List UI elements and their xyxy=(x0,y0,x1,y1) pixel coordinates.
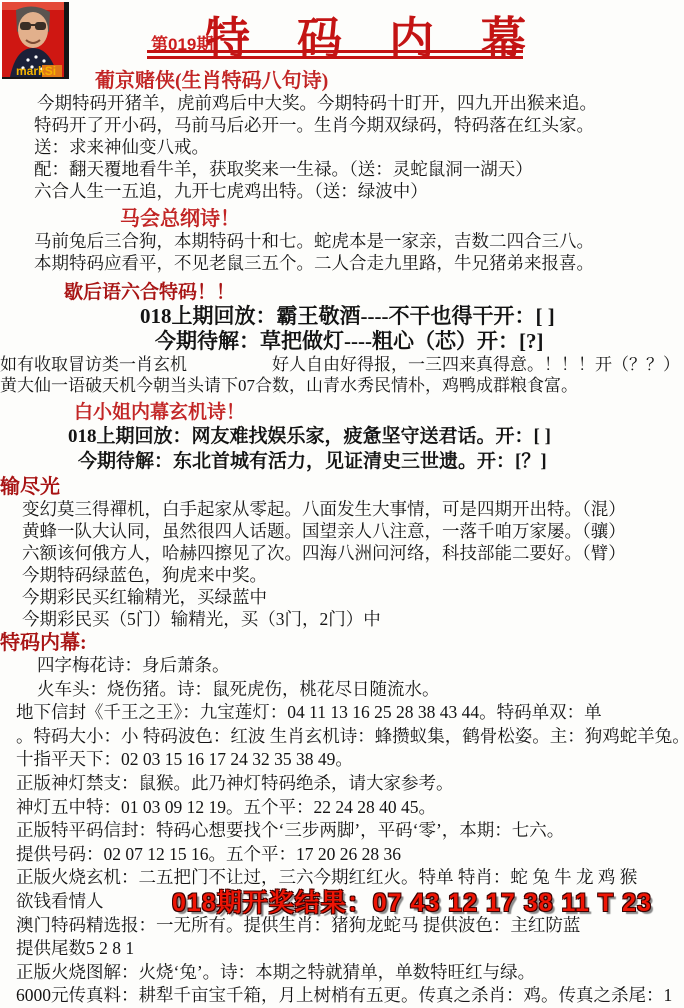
tip-line: 地下信封《千王之王》：九宝莲灯：04 11 13 16 25 28 38 43 … xyxy=(0,701,684,725)
poem-line: 今期彩民买红输精光，买绿蓝中 xyxy=(0,586,684,608)
current-issue-riddle: 今期待解：草把做灯----粗心（芯）开：[?] xyxy=(0,329,684,354)
section-heading-xiehouyu: 歇后语六合特码！！ xyxy=(0,282,684,304)
tip-line: 十指平天下：02 03 15 16 17 24 32 35 38 49。 xyxy=(0,748,684,772)
title-underline xyxy=(147,50,523,59)
tip-sheet-page: markSi 第019期 特码内幕 葡京赌侠(生肖特码八句诗) 今期特码开猪羊，… xyxy=(0,0,684,1008)
poem-line: 六额该何俄方人，哈赫四擦见了次。四海八洲问河络，科技部能二要好。（臂） xyxy=(0,542,684,564)
tip-line: 正版神灯禁支：鼠猴。此乃神灯特码绝杀，请大家参考。 xyxy=(0,772,684,796)
poem-line: 送：求来神仙变八戒。 xyxy=(0,136,684,158)
author-photo-image: markSi xyxy=(2,2,64,77)
previous-issue-answer: 018上期回放：网友难找娱乐家，疲惫坚守送君话。开：[ ] xyxy=(0,424,684,449)
section-heading-neimu: 特码内幕: xyxy=(0,632,684,654)
tip-line: 提供尾数5 2 8 1 xyxy=(0,937,684,961)
tip-line: 火车头：烧伤猪。诗：鼠死虎伤，桃花尽日随流水。 xyxy=(0,678,684,702)
masthead: markSi 第019期 特码内幕 xyxy=(0,0,684,70)
note-left: 如有收取冒访类一肖玄机 xyxy=(0,354,272,375)
author-photo: markSi xyxy=(2,2,69,79)
tip-line: 正版特平码信封：特码心想要找个‘三步两脚’，平码‘零’，本期：七六。 xyxy=(0,819,684,843)
tip-line: 6000元传真料：耕犁千亩宝千箱，月上树梢有五更。传真之杀肖：鸡。传真之杀尾：1 xyxy=(0,984,684,1008)
note-right: 好人自由好得报，一三四来真得意。！！！开（？？） xyxy=(272,354,680,375)
tip-line: 。特码大小：小 特码波色：红波 生肖玄机诗：蜂攒蚁集，鹤骨松姿。主：狗鸡蛇羊兔。 xyxy=(0,725,684,749)
photo-caption: markSi xyxy=(16,64,56,77)
poem-line: 配：翻天覆地看牛羊，获取奖来一生禄。（送：灵蛇鼠洞一湖天） xyxy=(0,158,684,180)
note-line: 如有收取冒访类一肖玄机 好人自由好得报，一三四来真得意。！！！开（？？） xyxy=(0,354,684,375)
poem-line: 今期特码开猪羊，虎前鸡后中大奖。今期特码十盯开，四九开出猴来追。 xyxy=(0,92,684,114)
previous-issue-answer: 018上期回放：霸王敬酒----不干也得干开：[ ] xyxy=(0,304,684,329)
current-issue-riddle: 今期待解：东北首城有活力，见证清史三世遗。开：[？] xyxy=(0,449,684,474)
poem-line: 今期特码绿蓝色，狗虎来中奖。 xyxy=(0,564,684,586)
note-line: 黄大仙一语破天机今朝当头请下07合数，山青水秀民情朴，鸡鸭成群粮食富。 xyxy=(0,375,684,396)
tip-line: 正版火烧图解：火烧‘兔’。诗：本期之特就猜单，单数特旺红与绿。 xyxy=(0,961,684,985)
tip-line: 四字梅花诗：身后萧条。 xyxy=(0,654,684,678)
tip-line: 提供号码：02 07 12 15 16。五个平：17 20 26 28 36 xyxy=(0,843,684,867)
poem-line: 特码开了开小码，马前马后必开一。生肖今期双绿码，特码落在红头家。 xyxy=(0,114,684,136)
draw-result-banner: 018期开奖结果：07 43 12 17 38 11 T 23 xyxy=(172,883,652,919)
poem-line: 今期彩民买（5门）输精光，买（3门，2门）中 xyxy=(0,608,684,630)
tip-line: 神灯五中特：01 03 09 12 19。五个平：22 24 28 40 45。 xyxy=(0,796,684,820)
poem-line: 变幻莫三得禪机，白手起家从零起。八面发生大事情，可是四期开出特。（混） xyxy=(0,498,684,520)
poem-line: 马前兔后三合狗，本期特码十和七。蛇虎本是一家亲，吉数二四合三八。 xyxy=(0,230,684,252)
section-heading-mahui: 马会总纲诗！ xyxy=(0,208,684,230)
section-heading-shujinguang: 输尽光 xyxy=(0,476,684,498)
poem-line: 六合人生一五追，九开七虎鸡出特。（送：绿波中） xyxy=(0,180,684,202)
section-heading-baixiaojie: 白小姐内幕玄机诗！ xyxy=(0,402,684,424)
section-heading-pujing: 葡京赌侠(生肖特码八句诗) xyxy=(0,70,684,92)
poem-line: 黄蜂一队大认同，虽然很四人话题。国望亲人八注意，一落千咱万家屡。（骧） xyxy=(0,520,684,542)
poem-line: 本期特码应看平，不见老鼠三五个。二人合走九里路，牛兄猪弟来报喜。 xyxy=(0,252,684,274)
